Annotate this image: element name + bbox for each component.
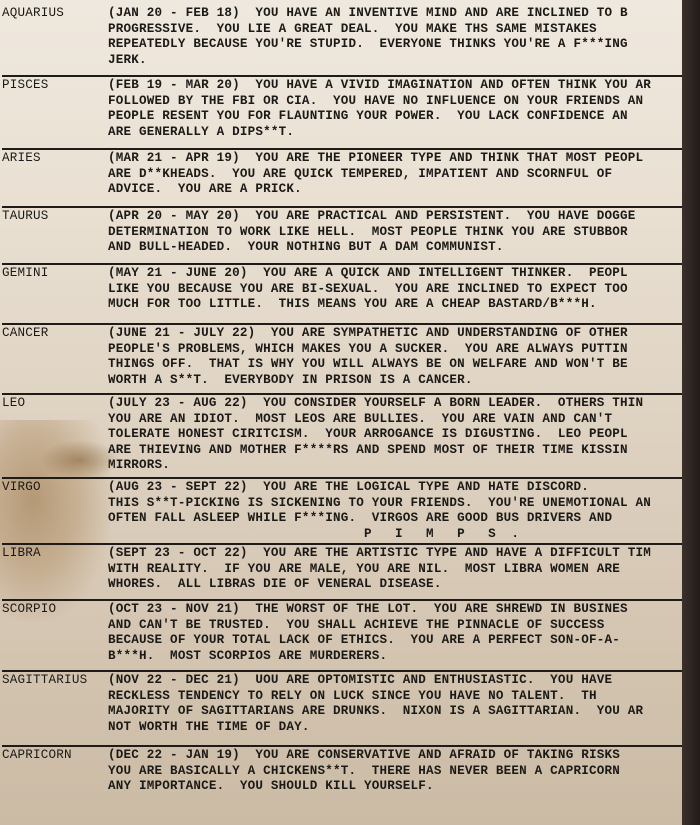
horoscope-text: (DEC 22 - JAN 19) YOU ARE CONSERVATIVE A… xyxy=(108,748,698,795)
text-line: (APR 20 - MAY 20) YOU ARE PRACTICAL AND … xyxy=(108,209,698,225)
horoscope-text: (SEPT 23 - OCT 22) YOU ARE THE ARTISTIC … xyxy=(108,546,698,593)
text-line: YOU ARE BASICALLY A CHICKENS**T. THERE H… xyxy=(108,764,698,780)
background-edge xyxy=(682,0,700,825)
sign-name: CAPRICORN xyxy=(2,748,72,764)
text-line: (NOV 22 - DEC 21) UOU ARE OPTOMISTIC AND… xyxy=(108,673,698,689)
text-line: (OCT 23 - NOV 21) THE WORST OF THE LOT. … xyxy=(108,602,698,618)
text-line: YOU ARE AN IDIOT. MOST LEOS ARE BULLIES.… xyxy=(108,412,698,428)
text-line: (JULY 23 - AUG 22) YOU CONSIDER YOURSELF… xyxy=(108,396,698,412)
horoscope-text: (FEB 19 - MAR 20) YOU HAVE A VIVID IMAGI… xyxy=(108,78,698,140)
horoscope-text: (NOV 22 - DEC 21) UOU ARE OPTOMISTIC AND… xyxy=(108,673,698,735)
section-divider xyxy=(2,745,690,747)
sign-name: PISCES xyxy=(2,78,49,94)
sign-name: VIRGO xyxy=(2,480,41,496)
text-line: ARE GENERALLY A DIPS**T. xyxy=(108,125,698,141)
section-divider xyxy=(2,477,690,479)
text-line: ADVICE. YOU ARE A PRICK. xyxy=(108,182,698,198)
text-line: (FEB 19 - MAR 20) YOU HAVE A VIVID IMAGI… xyxy=(108,78,698,94)
sign-name: GEMINI xyxy=(2,266,49,282)
text-line: NOT WORTH THE TIME OF DAY. xyxy=(108,720,698,736)
section-divider xyxy=(2,670,690,672)
sign-name: CANCER xyxy=(2,326,49,342)
text-line: ANY IMPORTANCE. YOU SHOULD KILL YOURSELF… xyxy=(108,779,698,795)
section-divider xyxy=(2,148,690,150)
text-line: OFTEN FALL ASLEEP WHILE F***ING. VIRGOS … xyxy=(108,511,698,527)
text-line: (JUNE 21 - JULY 22) YOU ARE SYMPATHETIC … xyxy=(108,326,698,342)
text-line: REPEATEDLY BECAUSE YOU'RE STUPID. EVERYO… xyxy=(108,37,698,53)
section-divider xyxy=(2,599,690,601)
sign-name: LIBRA xyxy=(2,546,41,562)
text-line: AND BULL-HEADED. YOUR NOTHING BUT A DAM … xyxy=(108,240,698,256)
section-divider xyxy=(2,543,690,545)
text-line: (AUG 23 - SEPT 22) YOU ARE THE LOGICAL T… xyxy=(108,480,698,496)
text-line: BECAUSE OF YOUR TOTAL LACK OF ETHICS. YO… xyxy=(108,633,698,649)
horoscope-text: (MAY 21 - JUNE 20) YOU ARE A QUICK AND I… xyxy=(108,266,698,313)
text-line: RECKLESS TENDENCY TO RELY ON LUCK SINCE … xyxy=(108,689,698,705)
horoscope-text: (MAR 21 - APR 19) YOU ARE THE PIONEER TY… xyxy=(108,151,698,198)
text-line: WORTH A S**T. EVERYBODY IN PRISON IS A C… xyxy=(108,373,698,389)
sign-name: LEO xyxy=(2,396,25,412)
text-line: THINGS OFF. THAT IS WHY YOU WILL ALWAYS … xyxy=(108,357,698,373)
text-line: (JAN 20 - FEB 18) YOU HAVE AN INVENTIVE … xyxy=(108,6,698,22)
text-line: MUCH FOR TOO LITTLE. THIS MEANS YOU ARE … xyxy=(108,297,698,313)
text-line: MIRRORS. xyxy=(108,458,698,474)
horoscope-text: (JULY 23 - AUG 22) YOU CONSIDER YOURSELF… xyxy=(108,396,698,474)
text-line: P I M P S . xyxy=(108,527,698,543)
sign-name: ARIES xyxy=(2,151,41,167)
text-line: JERK. xyxy=(108,53,698,69)
horoscope-text: (JUNE 21 - JULY 22) YOU ARE SYMPATHETIC … xyxy=(108,326,698,388)
text-line: B***H. MOST SCORPIOS ARE MURDERERS. xyxy=(108,649,698,665)
text-line: (SEPT 23 - OCT 22) YOU ARE THE ARTISTIC … xyxy=(108,546,698,562)
section-divider xyxy=(2,393,690,395)
horoscope-text: (APR 20 - MAY 20) YOU ARE PRACTICAL AND … xyxy=(108,209,698,256)
horoscope-text: (OCT 23 - NOV 21) THE WORST OF THE LOT. … xyxy=(108,602,698,664)
section-divider xyxy=(2,263,690,265)
section-divider xyxy=(2,75,690,77)
sign-name: SCORPIO xyxy=(2,602,56,618)
text-line: (DEC 22 - JAN 19) YOU ARE CONSERVATIVE A… xyxy=(108,748,698,764)
sign-name: SAGITTARIUS xyxy=(2,673,87,689)
text-line: PROGRESSIVE. YOU LIE A GREAT DEAL. YOU M… xyxy=(108,22,698,38)
horoscope-text: (AUG 23 - SEPT 22) YOU ARE THE LOGICAL T… xyxy=(108,480,698,542)
text-line: MAJORITY OF SAGITTARIANS ARE DRUNKS. NIX… xyxy=(108,704,698,720)
text-line: FOLLOWED BY THE FBI OR CIA. YOU HAVE NO … xyxy=(108,94,698,110)
text-line: LIKE YOU BECAUSE YOU ARE BI-SEXUAL. YOU … xyxy=(108,282,698,298)
text-line: (MAR 21 - APR 19) YOU ARE THE PIONEER TY… xyxy=(108,151,698,167)
sign-name: AQUARIUS xyxy=(2,6,64,22)
section-divider xyxy=(2,206,690,208)
text-line: ARE THIEVING AND MOTHER F****RS AND SPEN… xyxy=(108,443,698,459)
text-line: PEOPLE RESENT YOU FOR FLAUNTING YOUR POW… xyxy=(108,109,698,125)
text-line: (MAY 21 - JUNE 20) YOU ARE A QUICK AND I… xyxy=(108,266,698,282)
text-line: AND CAN'T BE TRUSTED. YOU SHALL ACHIEVE … xyxy=(108,618,698,634)
text-line: WITH REALITY. IF YOU ARE MALE, YOU ARE N… xyxy=(108,562,698,578)
section-divider xyxy=(2,323,690,325)
horoscope-text: (JAN 20 - FEB 18) YOU HAVE AN INVENTIVE … xyxy=(108,6,698,68)
text-line: WHORES. ALL LIBRAS DIE OF VENERAL DISEAS… xyxy=(108,577,698,593)
text-line: PEOPLE'S PROBLEMS, WHICH MAKES YOU A SUC… xyxy=(108,342,698,358)
text-line: THIS S**T-PICKING IS SICKENING TO YOUR F… xyxy=(108,496,698,512)
text-line: TOLERATE HONEST CIRITCISM. YOUR ARROGANC… xyxy=(108,427,698,443)
sign-name: TAURUS xyxy=(2,209,49,225)
text-line: ARE D**KHEADS. YOU ARE QUICK TEMPERED, I… xyxy=(108,167,698,183)
text-line: DETERMINATION TO WORK LIKE HELL. MOST PE… xyxy=(108,225,698,241)
typewritten-page: AQUARIUS(JAN 20 - FEB 18) YOU HAVE AN IN… xyxy=(0,0,690,825)
